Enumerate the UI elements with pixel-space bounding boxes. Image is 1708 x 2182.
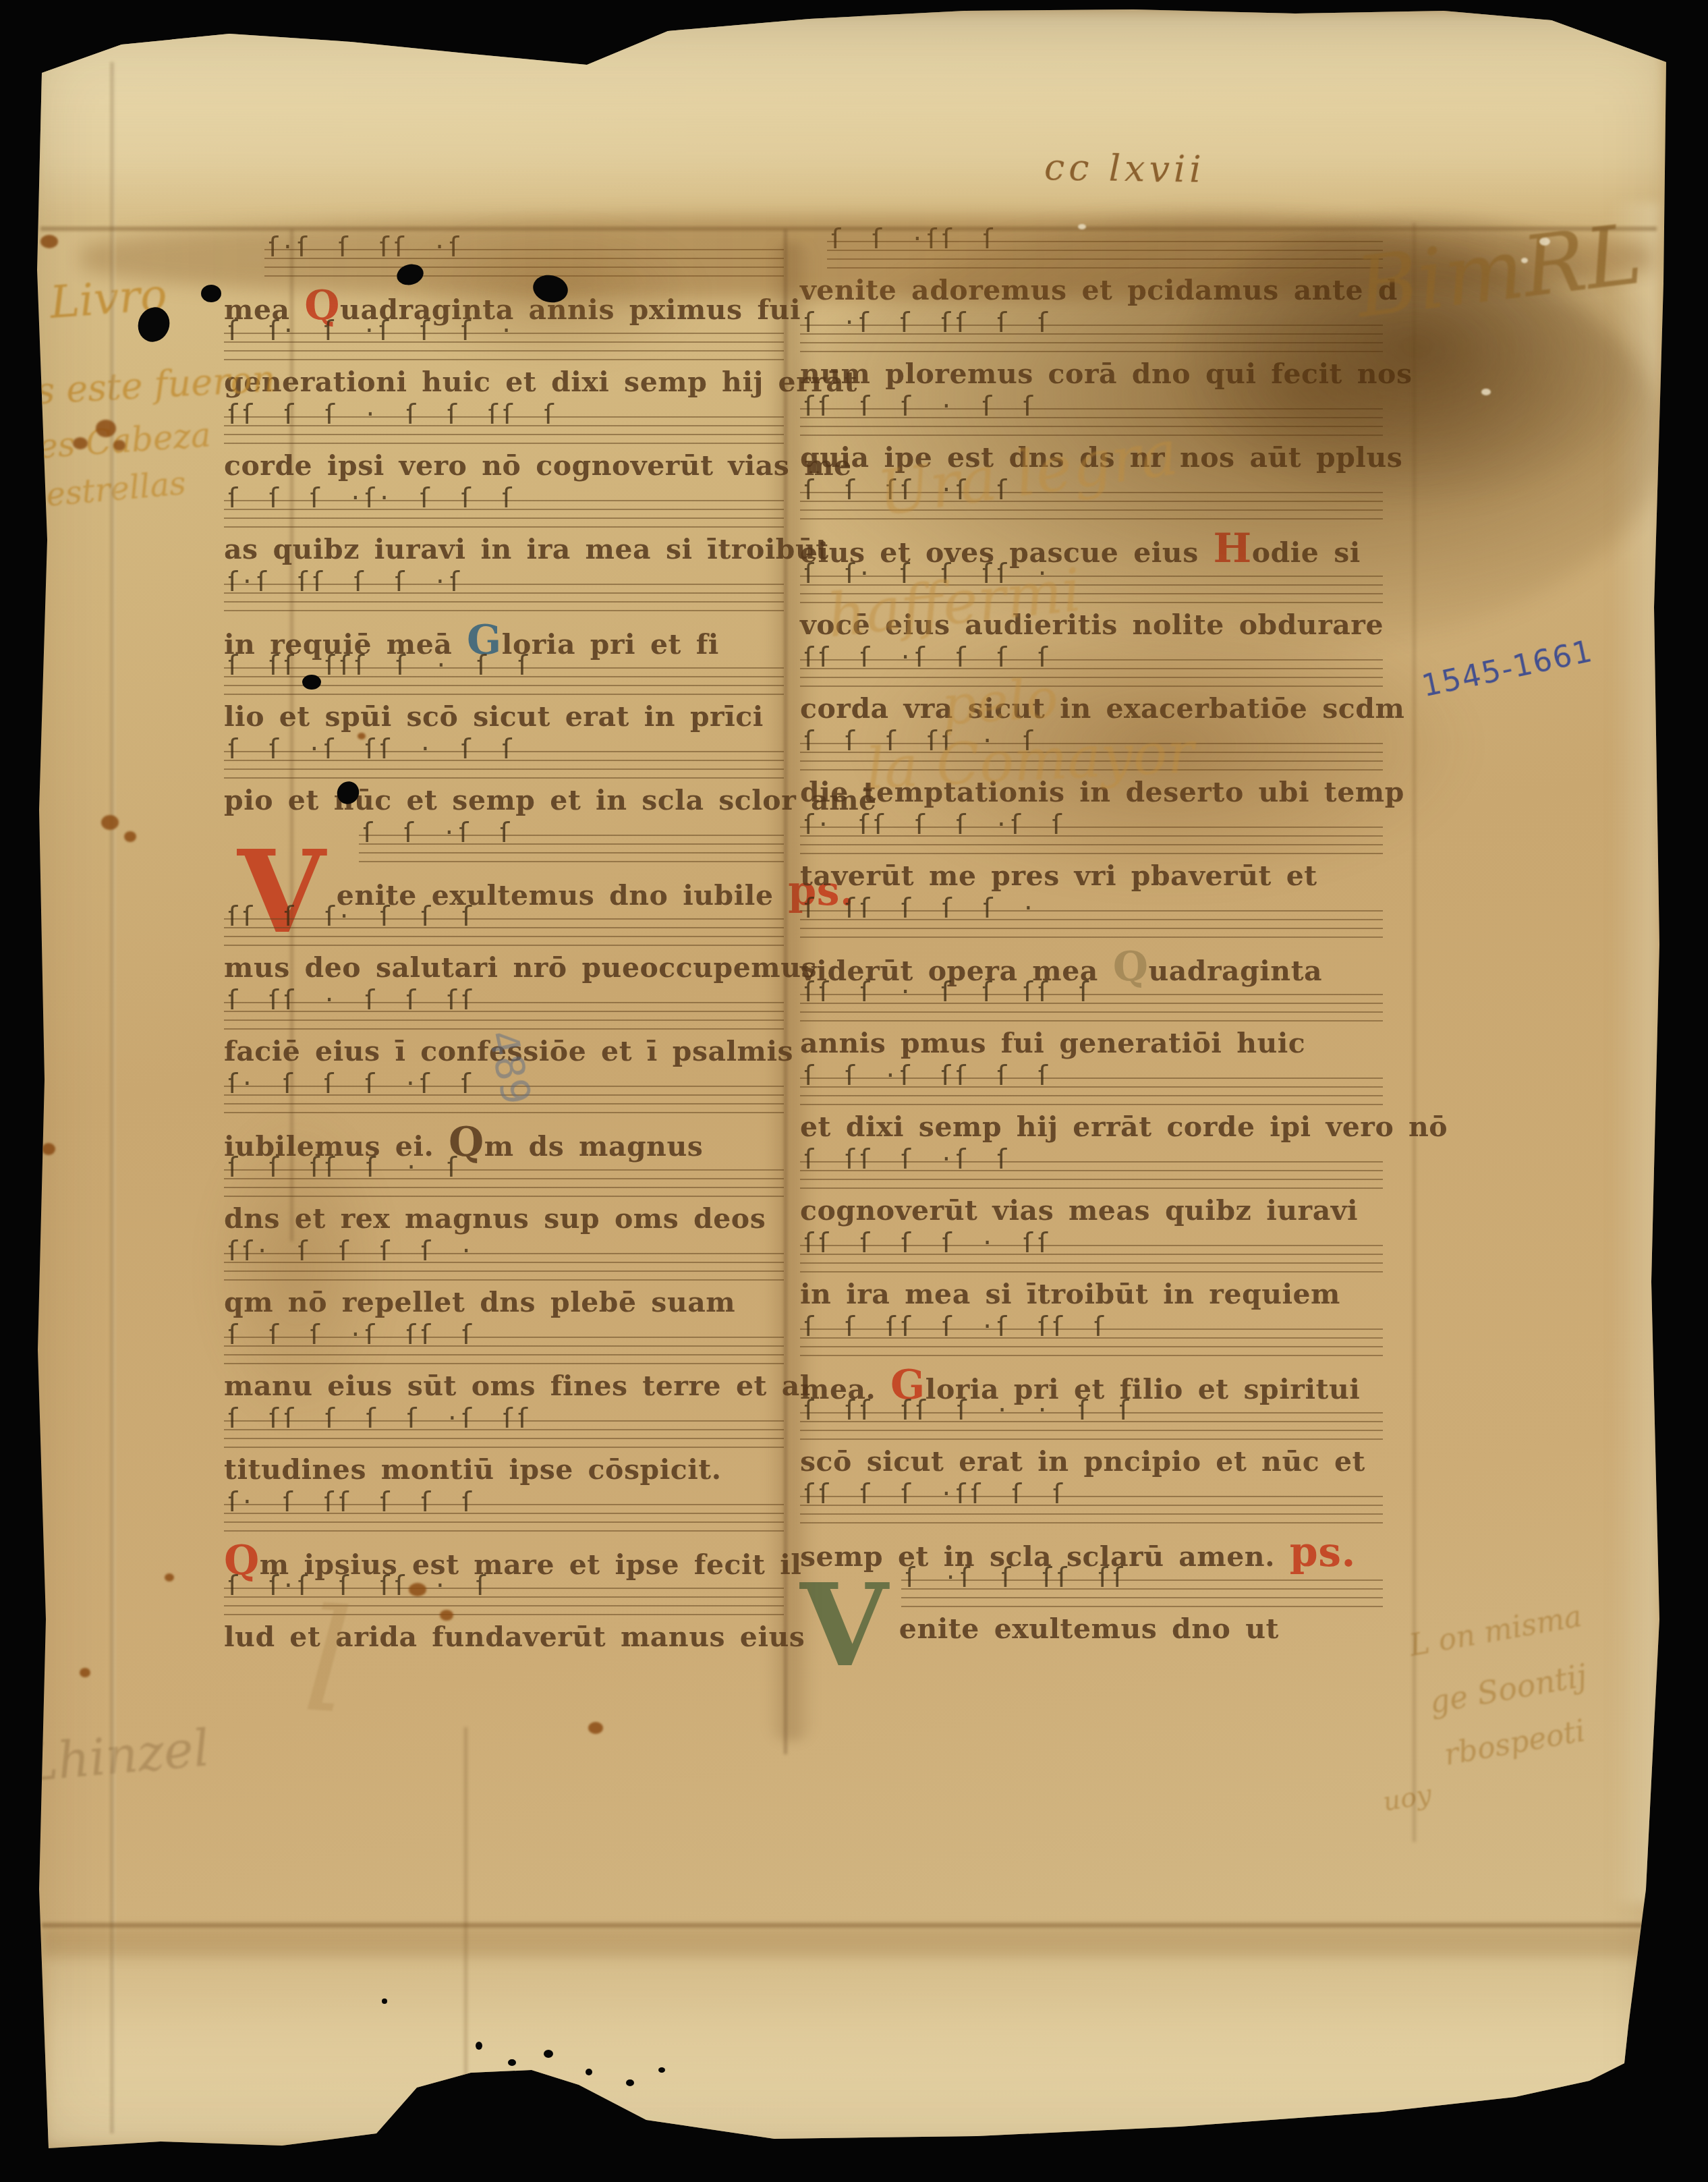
chant-text: odie si — [1252, 536, 1361, 569]
vertical-fold-crease — [111, 62, 115, 2133]
rust-spot — [124, 831, 136, 842]
chant-text: as quibz iuravi in ira mea si ītroibūt — [224, 533, 829, 565]
chant-text: corda vra sicut in exacerbatiōe scdm — [800, 692, 1404, 725]
music-staff: ſ ſ ſ ſſ · ſ — [800, 735, 1383, 771]
left-margin-annotation: es estrellas — [0, 464, 188, 518]
bottom-left-signature: Lhinzel — [22, 1719, 212, 1793]
music-staff: ſſ ſ ſ · ſ ſ — [800, 401, 1383, 436]
worm-hole — [472, 2089, 477, 2094]
worm-hole — [544, 2050, 553, 2058]
neume-row: ſ ſ ſ ſſ · ſ — [804, 726, 1038, 757]
chant-text: m ds magnus — [484, 1130, 704, 1163]
neume-row: ſ ſſ · ſ ſ ſſ — [228, 985, 477, 1016]
neume-row: ſ ſ ·ſſ ſ — [831, 224, 998, 255]
white-fleck — [1539, 237, 1550, 246]
music-staff: ſ ſ ſſ ·ſ ſ — [800, 484, 1383, 520]
rust-spot — [588, 1722, 603, 1734]
neume-row: ſſ ſ ſ ·ſſ ſ ſ — [804, 1479, 1068, 1510]
white-fleck — [1521, 258, 1528, 263]
music-staff: ſſ ſ · ſ ſ ſſ ſ — [800, 986, 1383, 1022]
chant-text: quia ipe est dns ds nr nos aūt pplus — [800, 441, 1402, 474]
chant-text: pio et nūc et semp et in scla sclor amē — [224, 784, 877, 816]
rust-spot — [409, 1583, 426, 1596]
chant-text: qm nō repellet dns plebē suam — [224, 1286, 735, 1318]
chant-text: lud et arida fundaverūt manus eius — [224, 1621, 805, 1653]
worm-hole — [626, 2079, 634, 2086]
neume-row: ſſ ſ ſ ſ · ſſ — [804, 1228, 1053, 1259]
neume-row: ſ ſ· ſ ·ſ ſ ſ · — [228, 316, 516, 347]
chant-text: annis pmus fui generatiōi huic — [800, 1027, 1305, 1059]
chant-text: uadraginta — [1148, 955, 1322, 987]
neume-row: ſ ſ ſſ ſ · ſ — [228, 1152, 462, 1183]
vertical-fold-crease — [1413, 223, 1416, 1842]
music-staff: ſſ ſ ſ ſ · ſſ — [800, 1237, 1383, 1272]
bottom-right-annotation: rbospeoti — [1442, 1714, 1587, 1772]
chant-text: loria pri et fi — [502, 628, 719, 661]
edge-notch — [23, 433, 34, 448]
music-staff: ſ ſſ ſ ſ ſ ·ſ ſſ — [224, 1413, 784, 1448]
photo-stage: ſ·ſ ſ ſſ ·ſmea Quadraginta annis pximus … — [0, 0, 1708, 2182]
rust-spot — [440, 1610, 453, 1621]
horizontal-fold-shadow — [42, 1928, 1647, 1957]
bottom-right-annotation: ge Soontij — [1427, 1657, 1589, 1721]
music-staff: ſſ ſ ſ · ſ ſ ſſ ſ — [224, 409, 784, 444]
chant-column-left: ſ·ſ ſ ſſ ·ſmea Quadraginta annis pximus … — [224, 237, 784, 1660]
neume-row: ſſ· ſ ſ ſ ſ · — [228, 1236, 476, 1267]
chant-text: et dixi semp hij errāt corde ipi vero nō — [800, 1111, 1448, 1143]
music-staff: ſ ſ· ſ ·ſ ſ ſ · — [224, 325, 784, 360]
chant-text: generationi huic et dixi semp hij errāt — [224, 366, 857, 398]
chant-text-line: Venite exultemus dno ut — [800, 1613, 1383, 1652]
rust-spot — [73, 437, 88, 449]
music-staff: ſ ſ ·ſ ſſ · ſ ſ — [224, 744, 784, 779]
worm-hole — [382, 1998, 387, 2004]
music-staff: ſ ſſ ſ ·ſ ſ — [800, 1154, 1383, 1189]
chant-text: faciē eius ī confessiōe et ī psalmis — [224, 1035, 793, 1067]
white-fleck — [1481, 389, 1491, 395]
colored-initial: Q — [1113, 943, 1149, 990]
music-staff: ſ ſ ·ſſ ſ — [827, 233, 1383, 269]
neume-row: ſſ ſ ſ· ſ ſ ſ — [228, 901, 477, 932]
neume-row: ſ ſſ ſſſ ſ · ſ ſ — [228, 650, 533, 681]
folio-number: cc lxvii — [1044, 146, 1205, 191]
white-fleck — [1078, 224, 1086, 229]
neume-row: ſ ſ ſſ ·ſ ſ — [804, 475, 1012, 506]
chant-text: venite adoremus et pcidamus ante d — [800, 274, 1398, 306]
music-staff: ſ· ſſ ſ ſ ·ſ ſ — [800, 819, 1383, 854]
music-staff: ſſ ſ ſ ·ſſ ſ ſ — [800, 1488, 1383, 1523]
light-bottom-band — [45, 1943, 1636, 2146]
music-staff: ſ· ſ ſſ ſ ſ ſ — [224, 1496, 784, 1532]
chant-text: cognoverūt vias meas quibz iuravi — [800, 1194, 1358, 1227]
rust-spot — [101, 815, 119, 830]
rust-spot — [358, 733, 366, 739]
music-staff: ſ ſſ · ſ ſ ſſ — [224, 995, 784, 1030]
horizontal-fold-crease — [42, 1923, 1647, 1928]
music-staff: ſ· ſ ſ ſ ·ſ ſ — [224, 1078, 784, 1113]
neume-row: ſ ſ ·ſ ſſ · ſ ſ — [228, 734, 517, 765]
music-staff: ſ ſ ſſ ſ · ſ — [224, 1162, 784, 1197]
neume-row: ſ ſ·ſ ſ ſſ · ſ — [228, 1571, 491, 1602]
worm-hole — [508, 2059, 516, 2066]
music-staff: ſſ ſ ſ· ſ ſ ſ — [224, 911, 784, 946]
chant-text: mus deo salutari nrō pueoccupemus — [224, 951, 817, 984]
music-staff: ſ ſ·ſ ſ ſſ · ſ — [224, 1580, 784, 1615]
light-top-band — [37, 11, 1663, 220]
neume-row: ſ ſſ ſſ ſ · · ſ ſ — [804, 1395, 1134, 1426]
neume-row: ſ ſ ſ ·ſ· ſ ſ ſ — [228, 483, 517, 514]
edge-notch — [18, 837, 28, 854]
music-staff: ſ ſ ſ ·ſ ſſ ſ — [224, 1329, 784, 1364]
chant-text: dns et rex magnus sup oms deos — [224, 1202, 766, 1235]
neume-row: ſ ſſ ſ ſ ſ · — [804, 893, 1038, 924]
music-staff: ſ·ſ ſſ ſ ſ ·ſ — [224, 576, 784, 611]
colored-initial: H — [1214, 525, 1252, 572]
worm-hole — [476, 2042, 482, 2050]
chant-text: in ira mea si ītroibūt in requiem — [800, 1278, 1340, 1310]
music-staff: ſ ·ſ ſ ſſ ſſ — [901, 1572, 1383, 1607]
music-staff: ſ ſſ ſ ſ ſ · — [800, 903, 1383, 938]
neume-row: ſ ſ ·ſ ſſ ſ ſ — [804, 1061, 1053, 1092]
neume-row: ſ·ſ ſſ ſ ſ ·ſ — [228, 567, 465, 598]
rust-spot — [42, 1143, 55, 1155]
chant-column-right: ſ ſ ·ſſ ſvenite adoremus et pcidamus ant… — [800, 229, 1383, 1652]
neume-row: ſſ ſ · ſ ſ ſſ ſ — [804, 977, 1094, 1008]
edge-notch — [20, 344, 35, 367]
music-staff: ſ ſ ·ſ ſſ ſ ſ — [800, 1070, 1383, 1105]
music-staff: ſ ·ſ ſ ſſ ſ ſ — [800, 317, 1383, 352]
chant-text: titudines montiū ipse cōspicit. — [224, 1453, 721, 1486]
neume-row: ſ ſ· ſ ſ ſſ · — [804, 559, 1052, 590]
vertical-fold-crease — [464, 1727, 467, 2119]
neume-row: ſſ ſ ſ · ſ ſ ſſ ſ — [228, 399, 559, 430]
neume-row: ſ ſſ ſ ·ſ ſ — [804, 1144, 1012, 1175]
rust-spot — [113, 440, 125, 451]
colored-initial: ps. — [1290, 1529, 1356, 1576]
neume-row: ſ ſſ ſ ſ ſ ·ſ ſſ — [228, 1403, 533, 1434]
music-staff: ſ ſ ·ſ ſ — [359, 827, 784, 862]
parchment-hole — [133, 303, 174, 347]
music-staff: ſſ ſ ·ſ ſ ſ ſ — [800, 652, 1383, 687]
neume-row: ſ ·ſ ſ ſſ ſ ſ — [804, 308, 1053, 339]
rust-spot — [165, 1573, 174, 1582]
neume-row: ſ· ſ ſ ſ ·ſ ſ — [228, 1069, 476, 1100]
chant-text: vocē eius audieritis nolite obdurare — [800, 609, 1384, 641]
neume-row: ſſ ſ ſ · ſ ſ — [804, 391, 1038, 422]
bottom-right-annotation: uoy — [1381, 1779, 1434, 1818]
bottom-right-annotation: L on misma — [1407, 1599, 1585, 1663]
parchment-leaf: ſ·ſ ſ ſſ ·ſmea Quadraginta annis pximus … — [0, 0, 1708, 2182]
chant-text: lio et spūi scō sicut erat in prīci — [224, 700, 764, 733]
neume-row: ſ·ſ ſ ſſ ·ſ — [268, 232, 464, 263]
parchment-hole — [302, 675, 321, 690]
rust-spot — [40, 235, 58, 248]
chant-text: enite exultemus dno ut — [899, 1613, 1279, 1645]
worm-hole — [586, 2069, 592, 2075]
music-staff: ſ·ſ ſ ſſ ·ſ — [264, 242, 784, 277]
music-staff: ſ ſſ ſſ ſ · · ſ ſ — [800, 1405, 1383, 1440]
neume-row: ſ· ſ ſſ ſ ſ ſ — [228, 1487, 477, 1518]
chant-text: taverūt me pres vri pbaverūt et — [800, 860, 1317, 892]
neume-row: ſ ·ſ ſ ſſ ſſ — [905, 1563, 1128, 1594]
chant-text: corde ipsi vero nō cognoverūt vias me — [224, 449, 852, 482]
chant-text: num ploremus corā dno qui fecit nos — [800, 358, 1413, 390]
chant-text: manu eius sūt oms fines terre et al — [224, 1370, 811, 1402]
edge-notch — [13, 721, 31, 746]
neume-row: ſ ſ ſſ ſ ·ſ ſſ ſ — [804, 1312, 1109, 1343]
parchment-hole — [201, 285, 221, 302]
music-staff: ſſ· ſ ſ ſ ſ · — [224, 1246, 784, 1281]
chant-text: scō sicut erat in pncipio et nūc et — [800, 1445, 1365, 1478]
top-right-inscription: BimRL — [1351, 206, 1647, 337]
neume-row: ſ ſ ſ ·ſ ſſ ſ — [228, 1320, 477, 1351]
edge-notch — [9, 1115, 24, 1135]
neume-row: ſ· ſſ ſ ſ ·ſ ſ — [804, 810, 1067, 841]
music-staff: ſ ſ· ſ ſ ſſ · — [800, 568, 1383, 603]
neume-row: ſſ ſ ·ſ ſ ſ ſ — [804, 642, 1053, 673]
chant-text: die temptationis in deserto ubi temp — [800, 776, 1404, 808]
blue-ballpoint-date: 1545-1661 — [1419, 634, 1597, 704]
rust-spot — [80, 1668, 90, 1677]
music-staff: ſ ſ ſſ ſ ·ſ ſſ ſ — [800, 1321, 1383, 1356]
neume-row: ſ ſ ·ſ ſ — [363, 818, 515, 849]
chant-text-line: lud et arida fundaverūt manus eius — [224, 1621, 784, 1660]
worm-hole — [658, 2067, 665, 2073]
music-staff: ſ ſ ſ ·ſ· ſ ſ ſ — [224, 493, 784, 528]
right-edge-highlight — [1611, 202, 1659, 1903]
rust-spot — [96, 420, 116, 437]
